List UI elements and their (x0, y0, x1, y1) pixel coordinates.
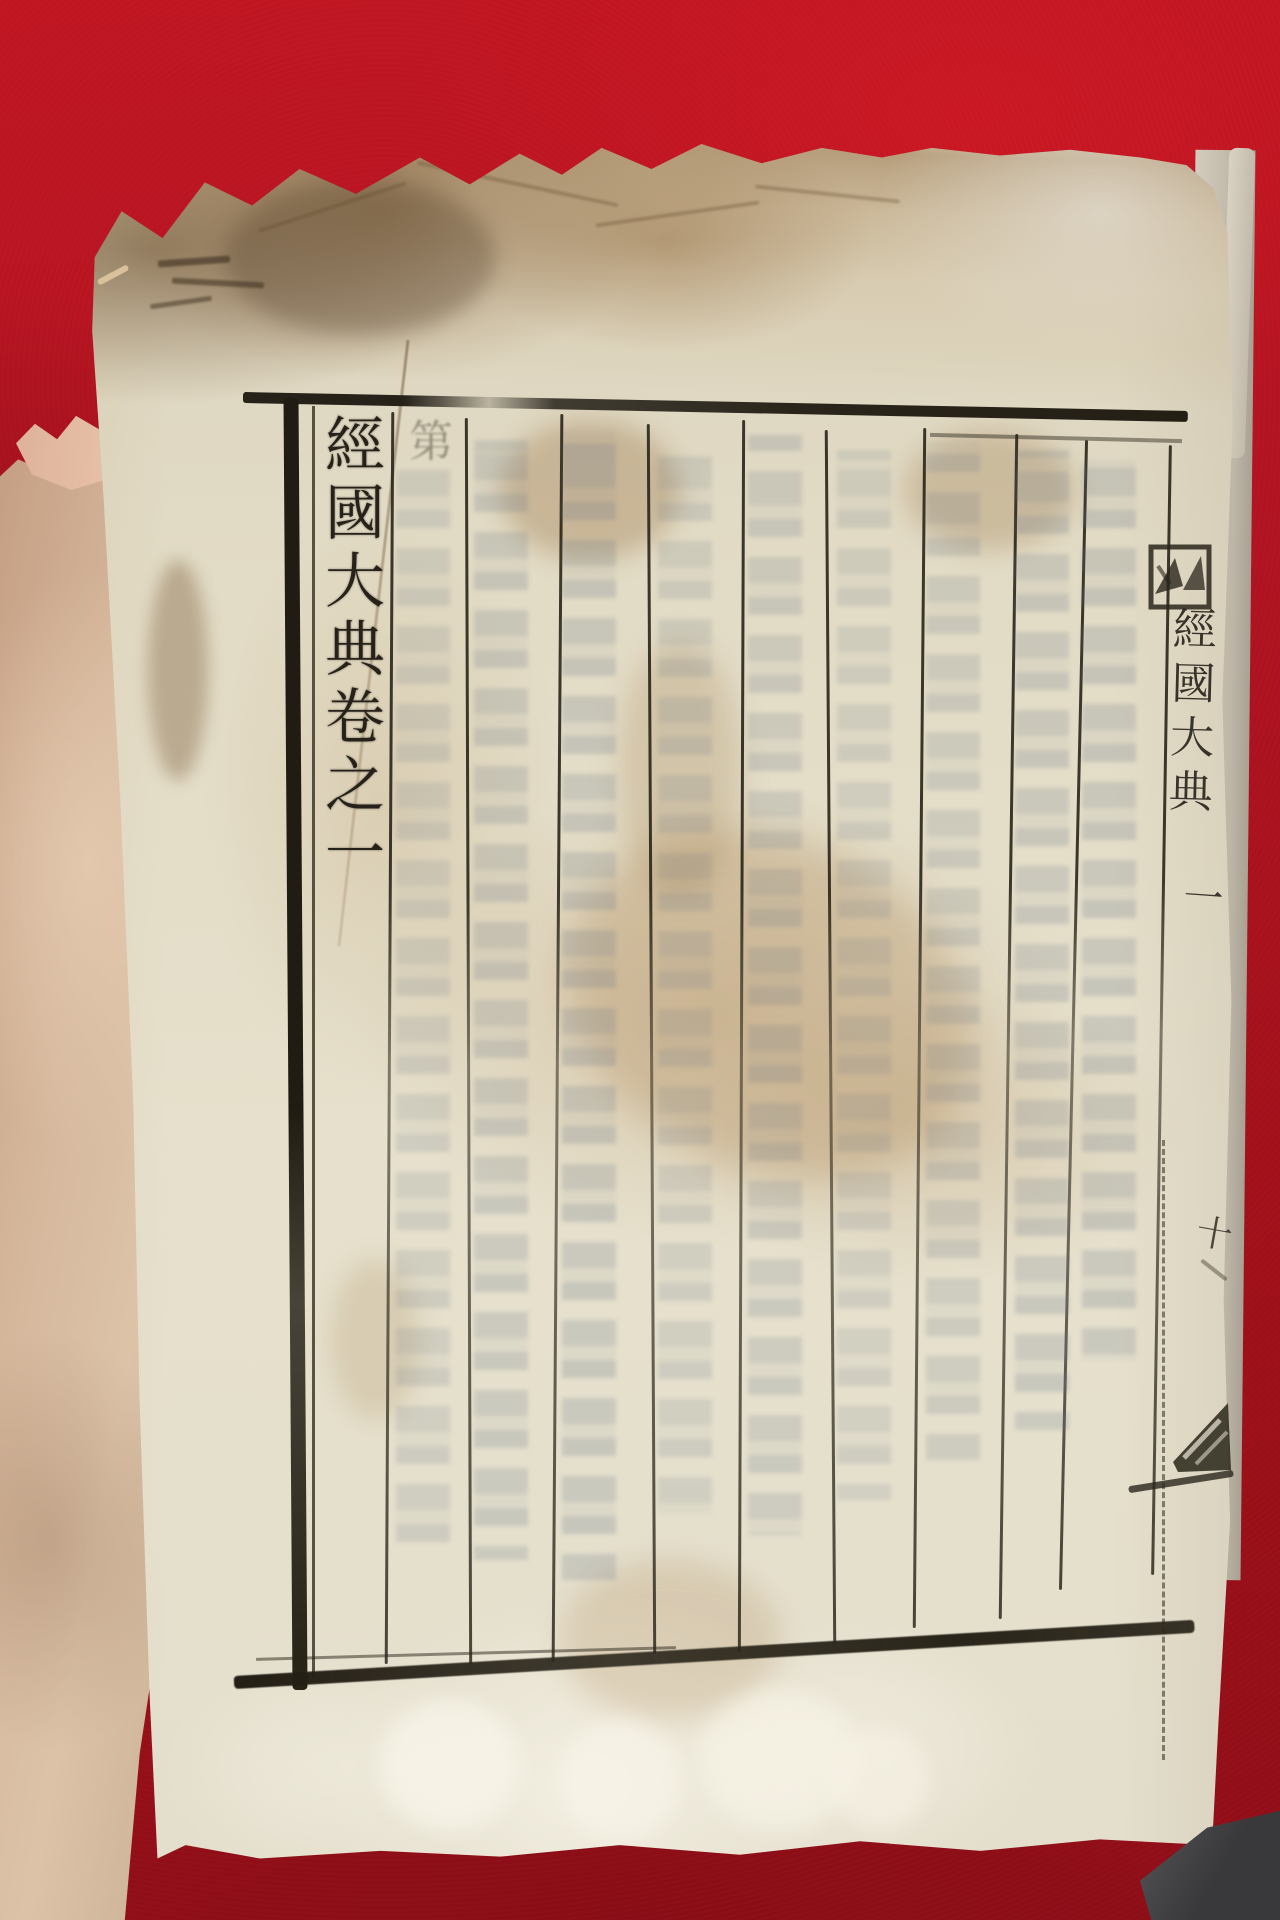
ghost-text-column (658, 455, 712, 1515)
ghost-text-column (396, 470, 450, 1550)
page-title-column: 經國大典卷之一 (312, 413, 388, 913)
crumple-line (755, 184, 900, 203)
fold-volume-mark: 一 (1171, 874, 1231, 918)
ghost-text-column (1082, 460, 1136, 1360)
stain-top-left (225, 180, 495, 335)
partial-character: 第 (394, 418, 458, 462)
ghost-text-column (926, 440, 980, 1460)
pale-patch (560, 1720, 680, 1840)
ghost-text-column (474, 440, 528, 1560)
paper-fiber (97, 264, 130, 285)
fold-title-column: 經國大典 (1156, 605, 1217, 876)
ghost-text-column (837, 450, 891, 1500)
photo-of-antique-book: 經國大典卷之一 第 經國大典 一 十 (0, 0, 1280, 1920)
tear-mark (158, 255, 230, 267)
ghost-text-column (562, 430, 616, 1580)
pale-patch (380, 1700, 520, 1830)
fishtail-ornament-icon (1170, 1400, 1234, 1474)
tear-mark (150, 296, 212, 310)
fold-dashed-line (1162, 1140, 1165, 1760)
pale-patch (830, 1730, 930, 1830)
ghost-text-column (748, 435, 802, 1535)
stain-left-edge (148, 560, 208, 780)
crumple-line (596, 201, 760, 228)
ghost-text-column (1015, 450, 1069, 1430)
floral-ornament-icon (1148, 544, 1212, 610)
